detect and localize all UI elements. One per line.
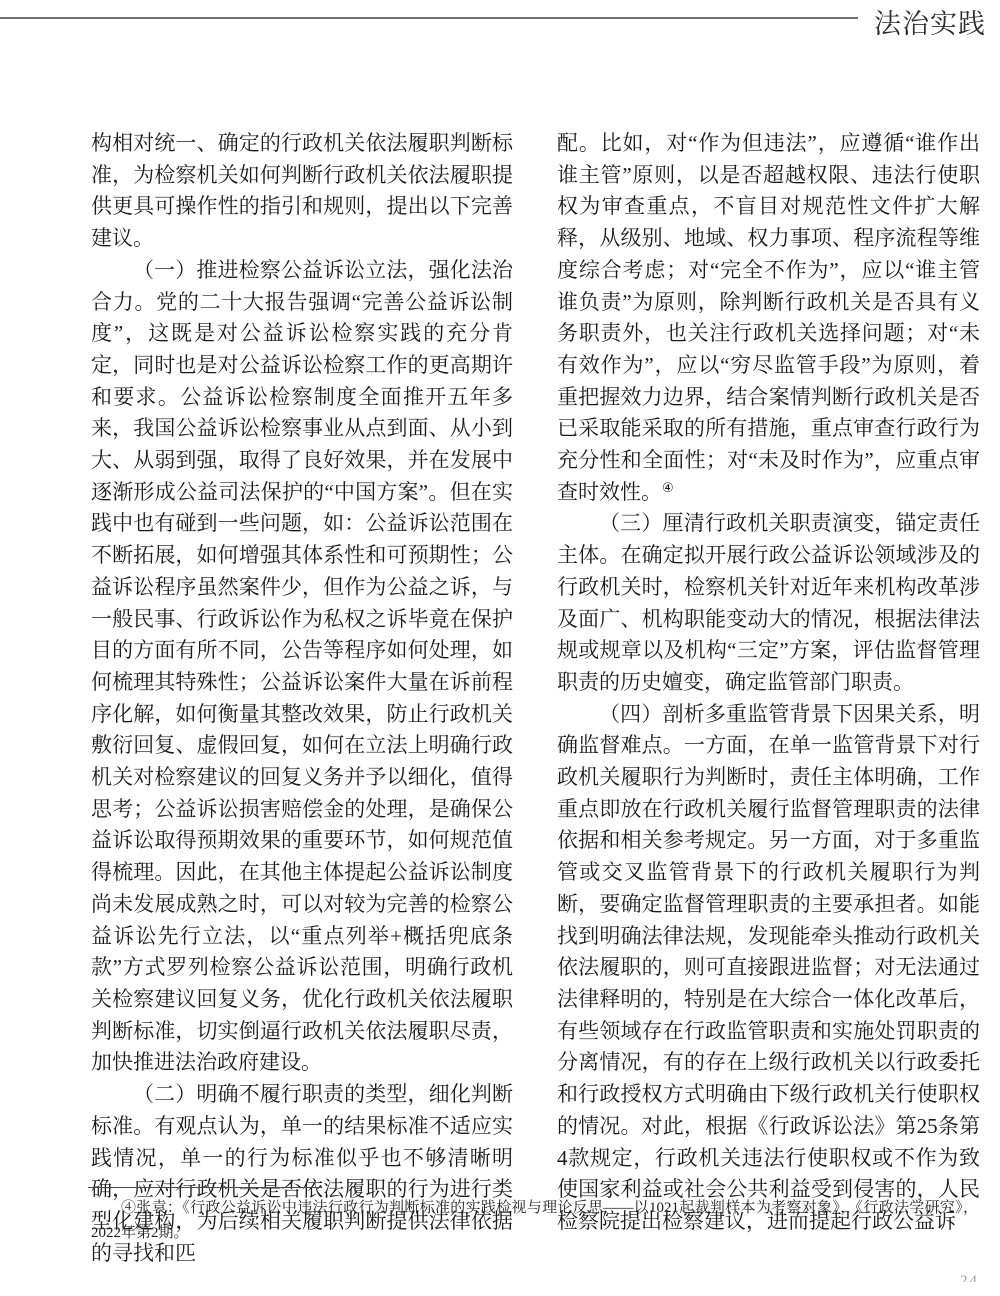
footnote-reference-mark: ④ bbox=[662, 480, 674, 495]
paragraph-point-one: （一）推进检察公益诉讼立法，强化法治合力。党的二十大报告强调“完善公益诉讼制度”… bbox=[91, 255, 513, 1079]
paragraph-point-four: （四）剖析多重监管背景下因果关系，明确监督难点。一方面，在单一监管背景下对行政机… bbox=[557, 699, 980, 1238]
paragraph-point-three: （三）厘清行政机关职责演变，锚定责任主体。在确定拟开展行政公益诉讼领域涉及的行政… bbox=[557, 508, 980, 698]
footnote-separator bbox=[88, 1187, 322, 1188]
journal-page: 法治实践 构相对统一、确定的行政机关依法履职判断标准，为检察机关如何判断行政机关… bbox=[0, 0, 1000, 1296]
page-number: 24 bbox=[960, 1273, 979, 1282]
paragraph-continuation: 配。比如，对“作为但违法”，应遵循“谁作出谁主管”原则，以是否超越权限、违法行使… bbox=[557, 128, 980, 508]
footnote: ④张袁：《行政公益诉讼中违法行政行为判断标准的实践检视与理论反思——以1021起… bbox=[91, 1196, 978, 1246]
paragraph-continuation: 构相对统一、确定的行政机关依法履职判断标准，为检察机关如何判断行政机关依法履职提… bbox=[91, 128, 513, 255]
right-column: 配。比如，对“作为但违法”，应遵循“谁作出谁主管”原则，以是否超越权限、违法行使… bbox=[557, 128, 980, 1238]
header-rule bbox=[0, 17, 858, 19]
section-title: 法治实践 bbox=[874, 2, 986, 41]
left-column: 构相对统一、确定的行政机关依法履职判断标准，为检察机关如何判断行政机关依法履职提… bbox=[91, 128, 513, 1269]
paragraph-text: 配。比如，对“作为但违法”，应遵循“谁作出谁主管”原则，以是否超越权限、违法行使… bbox=[557, 131, 980, 504]
